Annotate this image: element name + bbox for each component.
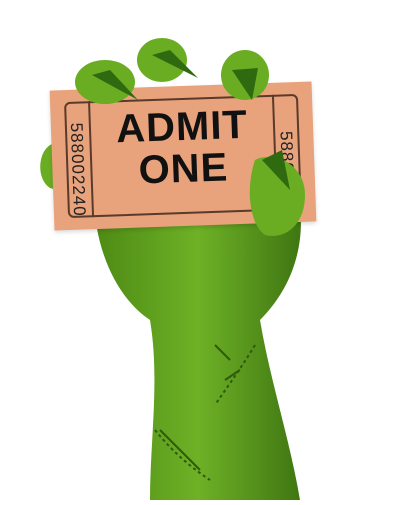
zombie-hand-image: ADMIT ONE 588002240 588002: [0, 0, 400, 505]
claw-fingers: [75, 38, 305, 236]
fingers-overlay: [0, 0, 400, 505]
